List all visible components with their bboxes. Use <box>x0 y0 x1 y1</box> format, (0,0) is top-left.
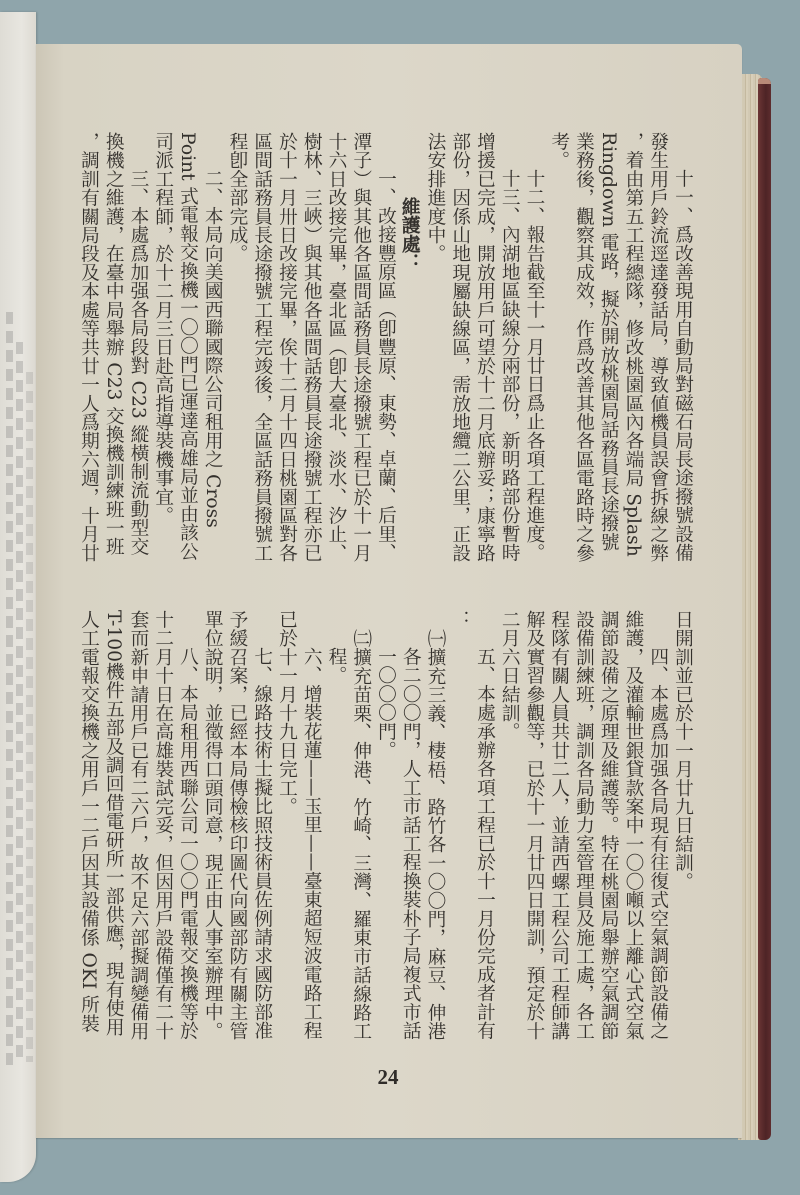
text-column: 於十一月卅日改接完畢，俟十二月十四日桃園區對各 <box>273 132 298 572</box>
text-column: 單位說明，並徵得口頭同意，現正由人事室辦理中。 <box>199 610 224 1050</box>
show-through-text <box>16 342 23 1062</box>
text-column: 六、增裝花蓮——玉里——臺東超短波電路工程 <box>298 610 323 1050</box>
text-column: T-100機件五部及調回借電研所一部供應，現有使用 <box>100 610 125 1050</box>
previous-page-edge <box>0 12 36 1182</box>
text-column: ： <box>447 610 472 1050</box>
list-item: ㈠擴充三義、棲梧、路竹各一〇〇門，麻豆、伸港 <box>422 610 447 1050</box>
text-column: 程。 <box>323 610 348 1050</box>
text-column: ，調訓有關局段及本處等共廿一人爲期六週，十月廿 <box>75 132 100 572</box>
text-column: 區間話務員長途撥號工程完竣後，全區話務員撥號工 <box>249 132 274 572</box>
text-column: 部份，因係山地現屬缺線區，需放地纜二公里，正設 <box>447 132 472 572</box>
text-column: 日開訓並已於十一月廿九日結訓。 <box>669 610 694 1050</box>
text-column: 已於十一月十九日完工。 <box>273 610 298 1050</box>
list-item: ㈡擴充苗栗、伸港、竹崎、三灣、羅東市話線路工 <box>348 610 373 1050</box>
text-column: 潭子）與其他各區間話務員長途撥號工程已於十一月 <box>348 132 373 572</box>
document-page: 十一、爲改善現用自動局對磁石局長途撥號設備 發生用戶鈴流逕達發話局，導致値機員誤… <box>36 44 742 1138</box>
text-column: 業務後，觀察其成效，作爲改善其他各區電路時之參 <box>570 132 595 572</box>
text-column: 法安排進度中。 <box>422 132 447 572</box>
text-column: 設備訓練班，調訓各局動力室管理員及施工處，各工 <box>570 610 595 1050</box>
text-column: 四、本處爲加强各局現有往復式空氣調節設備之 <box>645 610 670 1050</box>
page-number: 24 <box>373 1065 403 1090</box>
text-column: 十六日改接完畢，臺北區（卽大臺北、淡水、汐止、 <box>323 132 348 572</box>
text-column: Point 式電報交換機一〇〇門已運達高雄局並由該公 <box>174 132 199 572</box>
show-through-text <box>26 372 33 1062</box>
text-column: 維護，及灌輸世銀貸款案中一〇〇噸以上離心式空氣 <box>620 610 645 1050</box>
text-column: 各二〇〇門，人工市話工程換裝朴子局複式市話 <box>397 610 422 1050</box>
text-column: 二月六日結訓。 <box>496 610 521 1050</box>
text-column: 十二、報告截至十一月廿日爲止各項工程進度。 <box>521 132 546 572</box>
text-column: 十二月十日在高雄裝試完妥，但因用戶設備僅有二十 <box>150 610 175 1050</box>
text-column: 程卽全部完成。 <box>224 132 249 572</box>
text-column: 十一、爲改善現用自動局對磁石局長途撥號設備 <box>669 132 694 572</box>
text-column: 增援已完成，開放用戶可望於十二月底辦妥；康寧路 <box>471 132 496 572</box>
text-column: 五、本處承辦各項工程已於十一月份完成者計有 <box>471 610 496 1050</box>
text-column: ，着由第五工程總隊，修改桃園區內各端局 Splash <box>620 132 645 572</box>
text-column: 人工電報交換機之用戶一二戶因其設備係 OKI 所裝 <box>75 610 100 1050</box>
text-column: 十三、內湖地區缺線分兩部份，新明路部份暫時 <box>496 132 521 572</box>
text-column: 發生用戶鈴流逕達發話局，導致値機員誤會拆線之弊 <box>645 132 670 572</box>
section-heading-maintenance: 維護處： <box>397 132 422 572</box>
upper-text-block: 十一、爲改善現用自動局對磁石局長途撥號設備 發生用戶鈴流逕達發話局，導致値機員誤… <box>75 132 694 572</box>
text-column: 一、改接豐原區（卽豐原、東勢、卓蘭、后里、 <box>372 132 397 572</box>
text-column: 調節設備之原理及維護等。特在桃園局舉辦空氣調節 <box>595 610 620 1050</box>
text-column: 七、線路技術士擬比照技術員佐例請求國防部准 <box>249 610 274 1050</box>
text-column: 八、本局租用西聯公司一〇〇門電報交換機等於 <box>174 610 199 1050</box>
book-cover-edge <box>758 78 771 1140</box>
text-column: 解及實習參觀等，已於十一月廿四日開訓，預定於十 <box>521 610 546 1050</box>
show-through-text <box>6 312 13 1072</box>
text-column: 司派工程師，於十二月三日赴高指導裝機事宜。 <box>150 132 175 572</box>
text-column: 考。 <box>546 132 571 572</box>
text-column: 二、本局向美國西聯國際公司租用之 Cross <box>199 132 224 572</box>
text-column: 換機之維護，在臺中局舉辦 C23 交換機訓練班一班 <box>100 132 125 572</box>
text-column: 樹林、三峽）與其他各區間話務員長途撥號工程亦已 <box>298 132 323 572</box>
text-column: 予緩召案，已經本局傳檢核印圖代向國部防有關主管 <box>224 610 249 1050</box>
text-column: 程隊有關人員共廿二人，並請西螺工程公司工程師講 <box>546 610 571 1050</box>
lower-text-block: 日開訓並已於十一月廿九日結訓。 四、本處爲加强各局現有往復式空氣調節設備之 維護… <box>75 610 694 1050</box>
text-column: Ringdown 電路，擬於開放桃園局話務員長途撥號 <box>595 132 620 572</box>
text-column: 一〇〇〇門。 <box>372 610 397 1050</box>
text-column: 三、本處爲加强各局段對 C23 縱橫制流動型交 <box>125 132 150 572</box>
text-column: 套而新申請用戶已有二六戶，故不足六部擬調變備用 <box>125 610 150 1050</box>
